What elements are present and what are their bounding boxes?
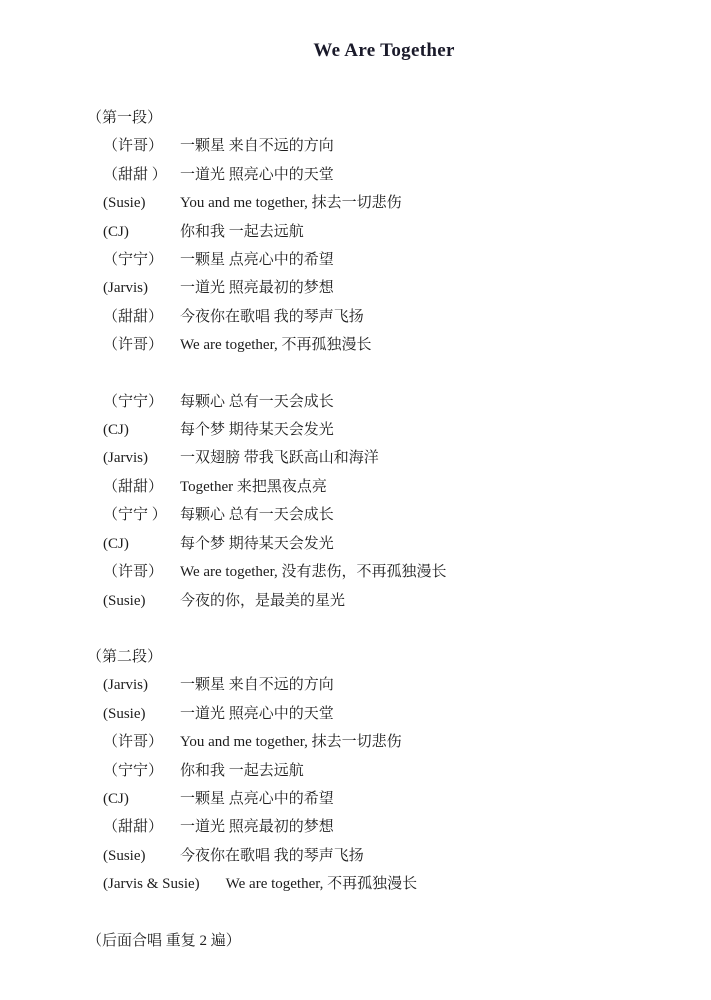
lyric-line: （甜甜）今夜你在歌唱 我的琴声飞扬 <box>87 303 681 331</box>
lyric-line: (Susie)一道光 照亮心中的天堂 <box>87 700 681 728</box>
lyric-line: （许哥）We are together, 不再孤独漫长 <box>87 331 681 359</box>
lyric-line: (Jarvis)一颗星 来自不远的方向 <box>87 671 681 699</box>
lyric-line: （甜甜）一道光 照亮最初的梦想 <box>87 813 681 841</box>
lyric-text: 今夜的你，是最美的星光 <box>180 587 345 615</box>
lyric-line: (Jarvis)一道光 照亮最初的梦想 <box>87 274 681 302</box>
lyric-text: 一道光 照亮心中的天堂 <box>180 700 334 728</box>
speaker-label: (CJ) <box>103 785 180 813</box>
lyric-line: （甜甜）Together 来把黑夜点亮 <box>87 473 681 501</box>
lyric-line: （许哥）You and me together, 抹去一切悲伤 <box>87 728 681 756</box>
lyric-text: We are together, 不再孤独漫长 <box>226 870 417 898</box>
speaker-label: （宁宁） <box>103 757 180 785</box>
speaker-label: （甜甜） <box>103 813 180 841</box>
lyric-text: 今夜你在歌唱 我的琴声飞扬 <box>180 842 364 870</box>
speaker-label: (Jarvis) <box>103 274 180 302</box>
lyric-line: (Susie)今夜你在歌唱 我的琴声飞扬 <box>87 842 681 870</box>
lyric-line: （宁宁）你和我 一起去远航 <box>87 757 681 785</box>
lyric-text: 每颗心 总有一天会成长 <box>180 501 334 529</box>
sections-container: （第一段）（许哥）一颗星 来自不远的方向（甜甜 ）一道光 照亮心中的天堂(Sus… <box>87 104 681 899</box>
lyric-text: 一道光 照亮最初的梦想 <box>180 274 334 302</box>
lyrics-page: We Are Together （第一段）（许哥）一颗星 来自不远的方向（甜甜 … <box>0 0 711 1000</box>
speaker-label: （甜甜） <box>103 473 180 501</box>
lyric-text: 你和我 一起去远航 <box>180 757 304 785</box>
speaker-label: (Jarvis & Susie) <box>103 870 200 898</box>
speaker-label: （甜甜） <box>103 303 180 331</box>
speaker-label: (Susie) <box>103 700 180 728</box>
speaker-label: (Susie) <box>103 587 180 615</box>
lyric-text: We are together, 没有悲伤，不再孤独漫长 <box>180 558 446 586</box>
speaker-label: （许哥） <box>103 331 180 359</box>
lyric-line: (Susie)今夜的你，是最美的星光 <box>87 587 681 615</box>
lyric-text: 一颗星 来自不远的方向 <box>180 671 334 699</box>
lyric-text: 一道光 照亮心中的天堂 <box>180 161 334 189</box>
lyric-line: （甜甜 ）一道光 照亮心中的天堂 <box>87 161 681 189</box>
speaker-label: (Susie) <box>103 842 180 870</box>
lyric-text: You and me together, 抹去一切悲伤 <box>180 189 402 217</box>
lyric-line: (CJ)每个梦 期待某天会发光 <box>87 530 681 558</box>
speaker-label: （宁宁 ） <box>103 501 180 529</box>
lyric-text: We are together, 不再孤独漫长 <box>180 331 371 359</box>
lyric-line: （宁宁）每颗心 总有一天会成长 <box>87 388 681 416</box>
lyric-text: 每个梦 期待某天会发光 <box>180 530 334 558</box>
lyric-line: (Jarvis & Susie)We are together, 不再孤独漫长 <box>87 870 681 898</box>
lyric-text: Together 来把黑夜点亮 <box>180 473 327 501</box>
lyric-line: （许哥）We are together, 没有悲伤，不再孤独漫长 <box>87 558 681 586</box>
lyric-line: (CJ)一颗星 点亮心中的希望 <box>87 785 681 813</box>
lyric-section: （第一段）（许哥）一颗星 来自不远的方向（甜甜 ）一道光 照亮心中的天堂(Sus… <box>87 104 681 615</box>
lyric-line: (Jarvis)一双翅膀 带我飞跃高山和海洋 <box>87 444 681 472</box>
lyric-text: 每个梦 期待某天会发光 <box>180 416 334 444</box>
lyric-text: You and me together, 抹去一切悲伤 <box>180 728 402 756</box>
section-header: （第一段） <box>87 104 681 132</box>
lyric-text: 一颗星 来自不远的方向 <box>180 132 334 160</box>
speaker-label: （许哥） <box>103 728 180 756</box>
speaker-label: （许哥） <box>103 132 180 160</box>
lyric-section: （第二段）(Jarvis)一颗星 来自不远的方向(Susie)一道光 照亮心中的… <box>87 643 681 899</box>
lyric-text: 今夜你在歌唱 我的琴声飞扬 <box>180 303 364 331</box>
speaker-label: (CJ) <box>103 416 180 444</box>
speaker-label: （甜甜 ） <box>103 161 180 189</box>
lyric-line: (CJ)每个梦 期待某天会发光 <box>87 416 681 444</box>
lyric-line: (Susie)You and me together, 抹去一切悲伤 <box>87 189 681 217</box>
speaker-label: (CJ) <box>103 530 180 558</box>
speaker-label: （宁宁） <box>103 388 180 416</box>
lyric-line: (CJ)你和我 一起去远航 <box>87 218 681 246</box>
page-title: We Are Together <box>0 0 711 64</box>
stanza: （宁宁）每颗心 总有一天会成长(CJ)每个梦 期待某天会发光(Jarvis)一双… <box>87 388 681 615</box>
speaker-label: （许哥） <box>103 558 180 586</box>
speaker-label: (Jarvis) <box>103 671 180 699</box>
lyric-line: （宁宁 ）每颗心 总有一天会成长 <box>87 501 681 529</box>
lyrics-sheet: （第一段）（许哥）一颗星 来自不远的方向（甜甜 ）一道光 照亮心中的天堂(Sus… <box>0 104 711 955</box>
speaker-label: （宁宁） <box>103 246 180 274</box>
speaker-label: (CJ) <box>103 218 180 246</box>
section-header: （第二段） <box>87 643 681 671</box>
lyric-text: 每颗心 总有一天会成长 <box>180 388 334 416</box>
lyric-line: （宁宁）一颗星 点亮心中的希望 <box>87 246 681 274</box>
footer-note: （后面合唱 重复 2 遍） <box>87 927 681 955</box>
lyric-line: （许哥）一颗星 来自不远的方向 <box>87 132 681 160</box>
speaker-label: (Jarvis) <box>103 444 180 472</box>
lyric-text: 一道光 照亮最初的梦想 <box>180 813 334 841</box>
stanza: （许哥）一颗星 来自不远的方向（甜甜 ）一道光 照亮心中的天堂(Susie)Yo… <box>87 132 681 359</box>
lyric-text: 一颗星 点亮心中的希望 <box>180 246 334 274</box>
speaker-label: (Susie) <box>103 189 180 217</box>
lyric-text: 一颗星 点亮心中的希望 <box>180 785 334 813</box>
lyric-text: 你和我 一起去远航 <box>180 218 304 246</box>
stanza: (Jarvis)一颗星 来自不远的方向(Susie)一道光 照亮心中的天堂（许哥… <box>87 671 681 898</box>
lyric-text: 一双翅膀 带我飞跃高山和海洋 <box>180 444 379 472</box>
